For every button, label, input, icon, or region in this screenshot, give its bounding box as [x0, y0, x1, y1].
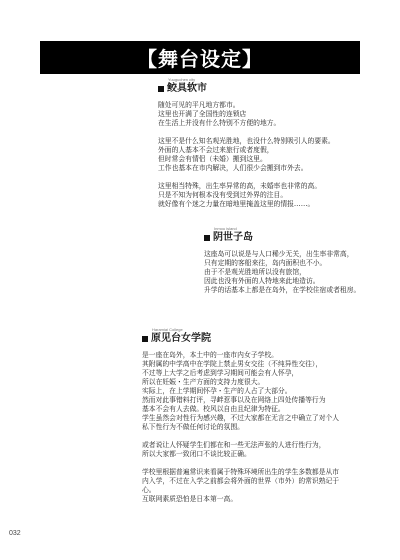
section-title: 原见台女学院: [151, 333, 211, 345]
text-line: 内入学，不过在入学之前都会将外面的世界（市外）的常识熟记于: [142, 477, 400, 486]
text-line: 就好像有个迷之力量在暗地里掩盖这里的情报……。: [158, 200, 398, 209]
text-line: 然而对此事错料打评，寻衅惹事以及在网络上四处传播等行为: [142, 396, 400, 405]
page-number: 032: [9, 530, 21, 537]
text-line: 只有定期的客船来往，岛内面积也不小。: [204, 259, 400, 268]
text-line: 是一座在岛外，本土中的一座市内女子学校。: [142, 351, 400, 360]
section-subtitle-en: Haramiai College: [152, 327, 400, 332]
text-line: 由于不是观光胜地所以没有旅馆，: [204, 268, 400, 277]
section-heading: 鲛具软市: [158, 83, 398, 95]
text-line: 学校里根据普遍常识来看属于特殊环境所出生的学生多数都是从市: [142, 468, 400, 477]
square-bullet-icon: [158, 86, 164, 92]
text-line: 在生活上并没有什么特别不方便的地方。: [158, 119, 398, 128]
section-haramiai-college: Haramiai College 原见台女学院 是一座在岛外，本土中的一座市内女…: [142, 327, 400, 504]
text-line: 或者说让人怀疑学生们都在和一些无法声张的人进行性行为，: [142, 441, 400, 450]
text-line: 这里也开满了全国性的连锁店: [158, 110, 398, 119]
section-body: 是一座在岛外，本土中的一座市内女子学校。 其附属的中学高中在学院上禁止男女交往（…: [142, 351, 400, 504]
text-line: 学生虽然会对性行为感兴趣，不过大家都在无言之中确立了对个人: [142, 414, 400, 423]
section-yuuguchen-city: Yuuguchen city 鲛具软市 随处可见的平凡地方都市。 这里也开满了全…: [158, 77, 398, 209]
text-line: 随处可见的平凡地方都市。: [158, 101, 398, 110]
section-body: 随处可见的平凡地方都市。 这里也开满了全国性的连锁店 在生活上并没有什么特别不方…: [158, 101, 398, 209]
text-line: 所以在妊娠・生产方面的支持力度很大。: [142, 378, 400, 387]
text-line: 这座岛可以说是与人口稀少无关，出生率非常高，: [204, 250, 400, 259]
text-line: 升学的话基本上都是在岛外，在学校住宿或者租房。: [204, 286, 400, 295]
section-body: 这座岛可以说是与人口稀少无关，出生率非常高， 只有定期的客船来往，岛内面积也不小…: [204, 250, 400, 295]
section-title: 阴世子岛: [213, 232, 253, 244]
section-title: 鲛具软市: [167, 83, 207, 95]
text-line: 工作也基本在市内解决，人们很少会搬到市外去。: [158, 164, 398, 173]
section-heading: 原见台女学院: [142, 333, 400, 345]
text-line: 其附属的中学高中在学院上禁止男女交往（不纯异性交往），: [142, 360, 400, 369]
text-line: 私下性行为不做任何讨论的氛围。: [142, 423, 400, 432]
text-line: 因此也没有外面的人特地来此地造访。: [204, 277, 400, 286]
text-line: 实际上，在上学期间怀孕・生产的人占了大部分。: [142, 387, 400, 396]
section-inmou-island: Inmou island 阴世子岛 这座岛可以说是与人口稀少无关，出生率非常高，…: [204, 226, 400, 295]
text-line: 所以大家都一致闭口不谈比较正确。: [142, 450, 400, 459]
section-subtitle-en: Yuuguchen city: [168, 77, 398, 82]
text-line: 基本不会有人去做。校风以自由且纪律为特征。: [142, 405, 400, 414]
text-line: 互联网素质恐怕是日本第一高。: [142, 495, 400, 504]
section-heading: 阴世子岛: [204, 232, 400, 244]
page-banner-title: 【舞台设定】: [40, 41, 360, 74]
text-line: 外面的人基本不会过来旅行或者度假，: [158, 146, 398, 155]
text-line: 心。: [142, 486, 400, 495]
text-line: 但时常会有情侣（未婚）搬到这里。: [158, 155, 398, 164]
square-bullet-icon: [204, 235, 210, 241]
text-line: 这里相当特殊，出生率异常的高，未婚率也非常的高。: [158, 182, 398, 191]
section-subtitle-en: Inmou island: [214, 226, 400, 231]
text-line: 这里不是什么知名观光胜地，也没什么特别吸引人的要素。: [158, 137, 398, 146]
text-line: 只是不知为何根本没有受到过外界的注目。: [158, 191, 398, 200]
text-line: 不过等上大学之后考虑到学习期间可能会有人怀孕，: [142, 369, 400, 378]
square-bullet-icon: [142, 336, 148, 342]
